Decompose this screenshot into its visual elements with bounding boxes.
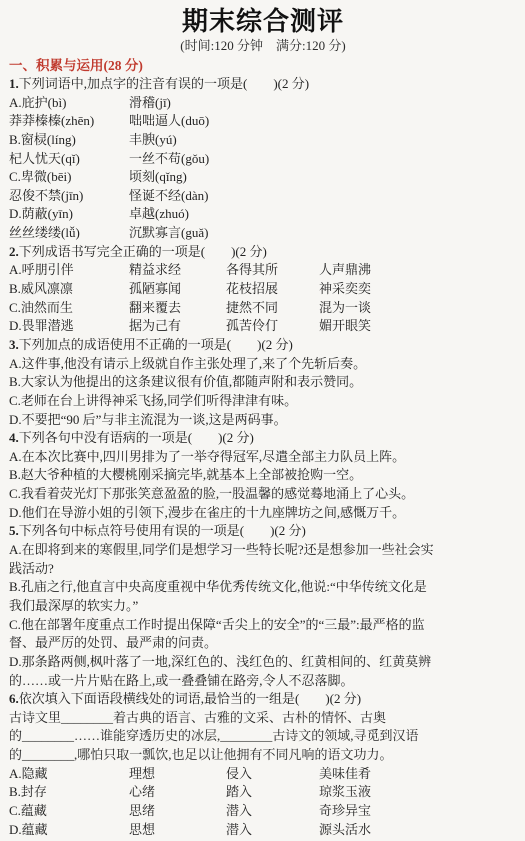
option-cell: 踏入 — [226, 783, 319, 802]
option-cell: A.庇护(bì) — [9, 94, 129, 113]
option-cell: B.威风凛凛 — [9, 280, 129, 299]
option-cell: 人声鼎沸 — [319, 261, 517, 280]
question-number: 2. — [9, 244, 19, 259]
option-cell: D.蕴藏 — [9, 821, 129, 840]
question-number: 1. — [9, 76, 19, 91]
option-cell: A.隐藏 — [9, 765, 129, 784]
option-line: C.他在部署年度重点工作时提出保障“舌尖上的安全”的“三最”:最严格的监 — [9, 616, 517, 635]
option-cell: A.呼朋引伴 — [9, 261, 129, 280]
option-cell: 滑稽(jī) — [129, 94, 517, 113]
option-cell: 据为己有 — [129, 317, 226, 336]
option-cell: 源头活水 — [319, 821, 517, 840]
option-line: D.不要把“90 后”与非主流混为一谈,这是两码事。 — [9, 411, 517, 430]
option-cell: 潜入 — [226, 821, 319, 840]
option-cell: D.荫蔽(yīn) — [9, 205, 129, 224]
passage-line: 的________……谁能穿透历史的冰层,________古诗文的领域,寻觅到汉… — [9, 727, 517, 746]
option-grid: A.庇护(bì)滑稽(jī) 莽莽榛榛(zhēn)咄咄逼人(duō) B.窗棂(… — [9, 94, 517, 243]
passage-line: 古诗文里________着古典的语言、古雅的文采、古朴的情怀、古奥 — [9, 709, 517, 728]
option-cell: 一丝不苟(gǒu) — [129, 150, 517, 169]
option-cell: 孤苦伶仃 — [226, 317, 319, 336]
option-cell: C.卑微(bēi) — [9, 168, 129, 187]
question-block-6: 6.依次填入下面语段横线处的词语,最恰当的一组是( )(2 分) 古诗文里___… — [9, 690, 517, 839]
option-cell: 孤陋寡闻 — [129, 280, 226, 299]
question-stem-text: 下列加点的成语使用不正确的一项是( )(2 分) — [19, 337, 293, 352]
option-cell: 丰腴(yú) — [129, 131, 517, 150]
option-line: C.我看着荧光灯下那张笑意盈盈的脸,一股温馨的感觉蓦地涌上了心头。 — [9, 485, 517, 504]
option-cell: 奇珍异宝 — [319, 802, 517, 821]
option-cell: 理想 — [129, 765, 226, 784]
page-title: 期末综合测评 — [9, 6, 517, 36]
question-block-3: 3.下列加点的成语使用不正确的一项是( )(2 分) A.这件事,他没有请示上级… — [9, 336, 517, 429]
option-line: B.赵大爷种植的大樱桃刚采摘完毕,就基本上全部被抢购一空。 — [9, 466, 517, 485]
option-cell: 顷刻(qǐng) — [129, 168, 517, 187]
question-stem: 4.下列各句中没有语病的一项是( )(2 分) — [9, 429, 517, 448]
option-cell: 怪诞不经(dàn) — [129, 187, 517, 206]
option-cell: 混为一谈 — [319, 299, 517, 318]
exam-time-score-meta: (时间:120 分钟 满分:120 分) — [9, 36, 517, 56]
question-number: 5. — [9, 523, 19, 538]
option-cell: C.油然而生 — [9, 299, 129, 318]
exam-document-page: 期末综合测评 (时间:120 分钟 满分:120 分) 一、积累与运用(28 分… — [0, 0, 525, 841]
question-block-1: 1.下列词语中,加点字的注音有误的一项是( )(2 分) A.庇护(bì)滑稽(… — [9, 75, 517, 243]
question-stem-text: 下列各句中标点符号使用有误的一项是( )(2 分) — [19, 523, 306, 538]
option-cell: 思绪 — [129, 802, 226, 821]
option-cell: 莽莽榛榛(zhēn) — [9, 112, 129, 131]
passage-line: 的________,哪怕只取一瓢饮,也足以让他拥有不同凡响的语文功力。 — [9, 746, 517, 765]
option-cell: 琼浆玉液 — [319, 783, 517, 802]
option-cell: 花枝招展 — [226, 280, 319, 299]
option-cell: 潜入 — [226, 802, 319, 821]
option-line: C.老师在台上讲得神采飞扬,同学们听得津津有味。 — [9, 392, 517, 411]
option-cell: 丝丝缕缕(lǚ) — [9, 224, 129, 243]
option-cell: 忍俊不禁(jīn) — [9, 187, 129, 206]
option-cell: 侵入 — [226, 765, 319, 784]
option-grid: A.呼朋引伴精益求经各得其所人声鼎沸 B.威风凛凛孤陋寡闻花枝招展神采奕奕 C.… — [9, 261, 517, 336]
option-line: A.这件事,他没有请示上级就自作主张处理了,来了个先斩后奏。 — [9, 355, 517, 374]
question-stem: 5.下列各句中标点符号使用有误的一项是( )(2 分) — [9, 522, 517, 541]
question-stem: 6.依次填入下面语段横线处的词语,最恰当的一组是( )(2 分) — [9, 690, 517, 709]
option-cell: B.封存 — [9, 783, 129, 802]
option-cell: D.畏罪潜逃 — [9, 317, 129, 336]
option-cell: C.蕴藏 — [9, 802, 129, 821]
option-line: A.在本次比赛中,四川男排为了一举夺得冠军,尽遣全部主力队员上阵。 — [9, 448, 517, 467]
question-stem: 2.下列成语书写完全正确的一项是( )(2 分) — [9, 243, 517, 262]
option-cell: 杞人忧天(qǐ) — [9, 150, 129, 169]
question-stem: 3.下列加点的成语使用不正确的一项是( )(2 分) — [9, 336, 517, 355]
question-block-2: 2.下列成语书写完全正确的一项是( )(2 分) A.呼朋引伴精益求经各得其所人… — [9, 243, 517, 336]
option-cell: B.窗棂(líng) — [9, 131, 129, 150]
option-grid: A.隐藏理想侵入美味佳肴 B.封存心绪踏入琼浆玉液 C.蕴藏思绪潜入奇珍异宝 D… — [9, 765, 517, 840]
question-stem-text: 下列词语中,加点字的注音有误的一项是( )(2 分) — [19, 76, 309, 91]
question-stem: 1.下列词语中,加点字的注音有误的一项是( )(2 分) — [9, 75, 517, 94]
option-line: B.孔庙之行,他直言中央高度重视中华优秀传统文化,他说:“中华传统文化是 — [9, 578, 517, 597]
option-cell: 翻来覆去 — [129, 299, 226, 318]
option-cell: 各得其所 — [226, 261, 319, 280]
section-heading: 一、积累与运用(28 分) — [9, 56, 517, 75]
option-line: D.那条路两侧,枫叶落了一地,深红色的、浅红色的、红黄相间的、红黄莫辨 — [9, 653, 517, 672]
option-cell: 卓越(zhuó) — [129, 205, 517, 224]
question-number: 4. — [9, 430, 19, 445]
option-line: B.大家认为他提出的这条建议很有价值,都随声附和表示赞同。 — [9, 373, 517, 392]
question-stem-text: 依次填入下面语段横线处的词语,最恰当的一组是( )(2 分) — [19, 691, 361, 706]
question-stem-text: 下列成语书写完全正确的一项是( )(2 分) — [19, 244, 267, 259]
option-cell: 咄咄逼人(duō) — [129, 112, 517, 131]
option-line-continued: 督、最严厉的处罚、最严肃的问责。 — [9, 634, 517, 653]
option-line-continued: 践活动? — [9, 560, 517, 579]
option-line: A.在即将到来的寒假里,同学们是想学习一些特长呢?还是想参加一些社会实 — [9, 541, 517, 560]
option-line-continued: 我们最深厚的软实力。” — [9, 597, 517, 616]
option-cell: 美味佳肴 — [319, 765, 517, 784]
question-block-4: 4.下列各句中没有语病的一项是( )(2 分) A.在本次比赛中,四川男排为了一… — [9, 429, 517, 522]
question-number: 6. — [9, 691, 19, 706]
option-cell: 媚开眼笑 — [319, 317, 517, 336]
option-cell: 思想 — [129, 821, 226, 840]
option-line-continued: 的……或一片片贴在路上,或一叠叠铺在路旁,令人不忍落脚。 — [9, 672, 517, 691]
question-stem-text: 下列各句中没有语病的一项是( )(2 分) — [19, 430, 254, 445]
option-cell: 沉默寡言(guǎ) — [129, 224, 517, 243]
option-cell: 心绪 — [129, 783, 226, 802]
question-number: 3. — [9, 337, 19, 352]
option-cell: 精益求经 — [129, 261, 226, 280]
option-cell: 捷然不同 — [226, 299, 319, 318]
option-line: D.他们在导游小姐的引领下,漫步在雀庄的十九座牌坊之间,感慨万千。 — [9, 504, 517, 523]
option-cell: 神采奕奕 — [319, 280, 517, 299]
question-block-5: 5.下列各句中标点符号使用有误的一项是( )(2 分) A.在即将到来的寒假里,… — [9, 522, 517, 690]
